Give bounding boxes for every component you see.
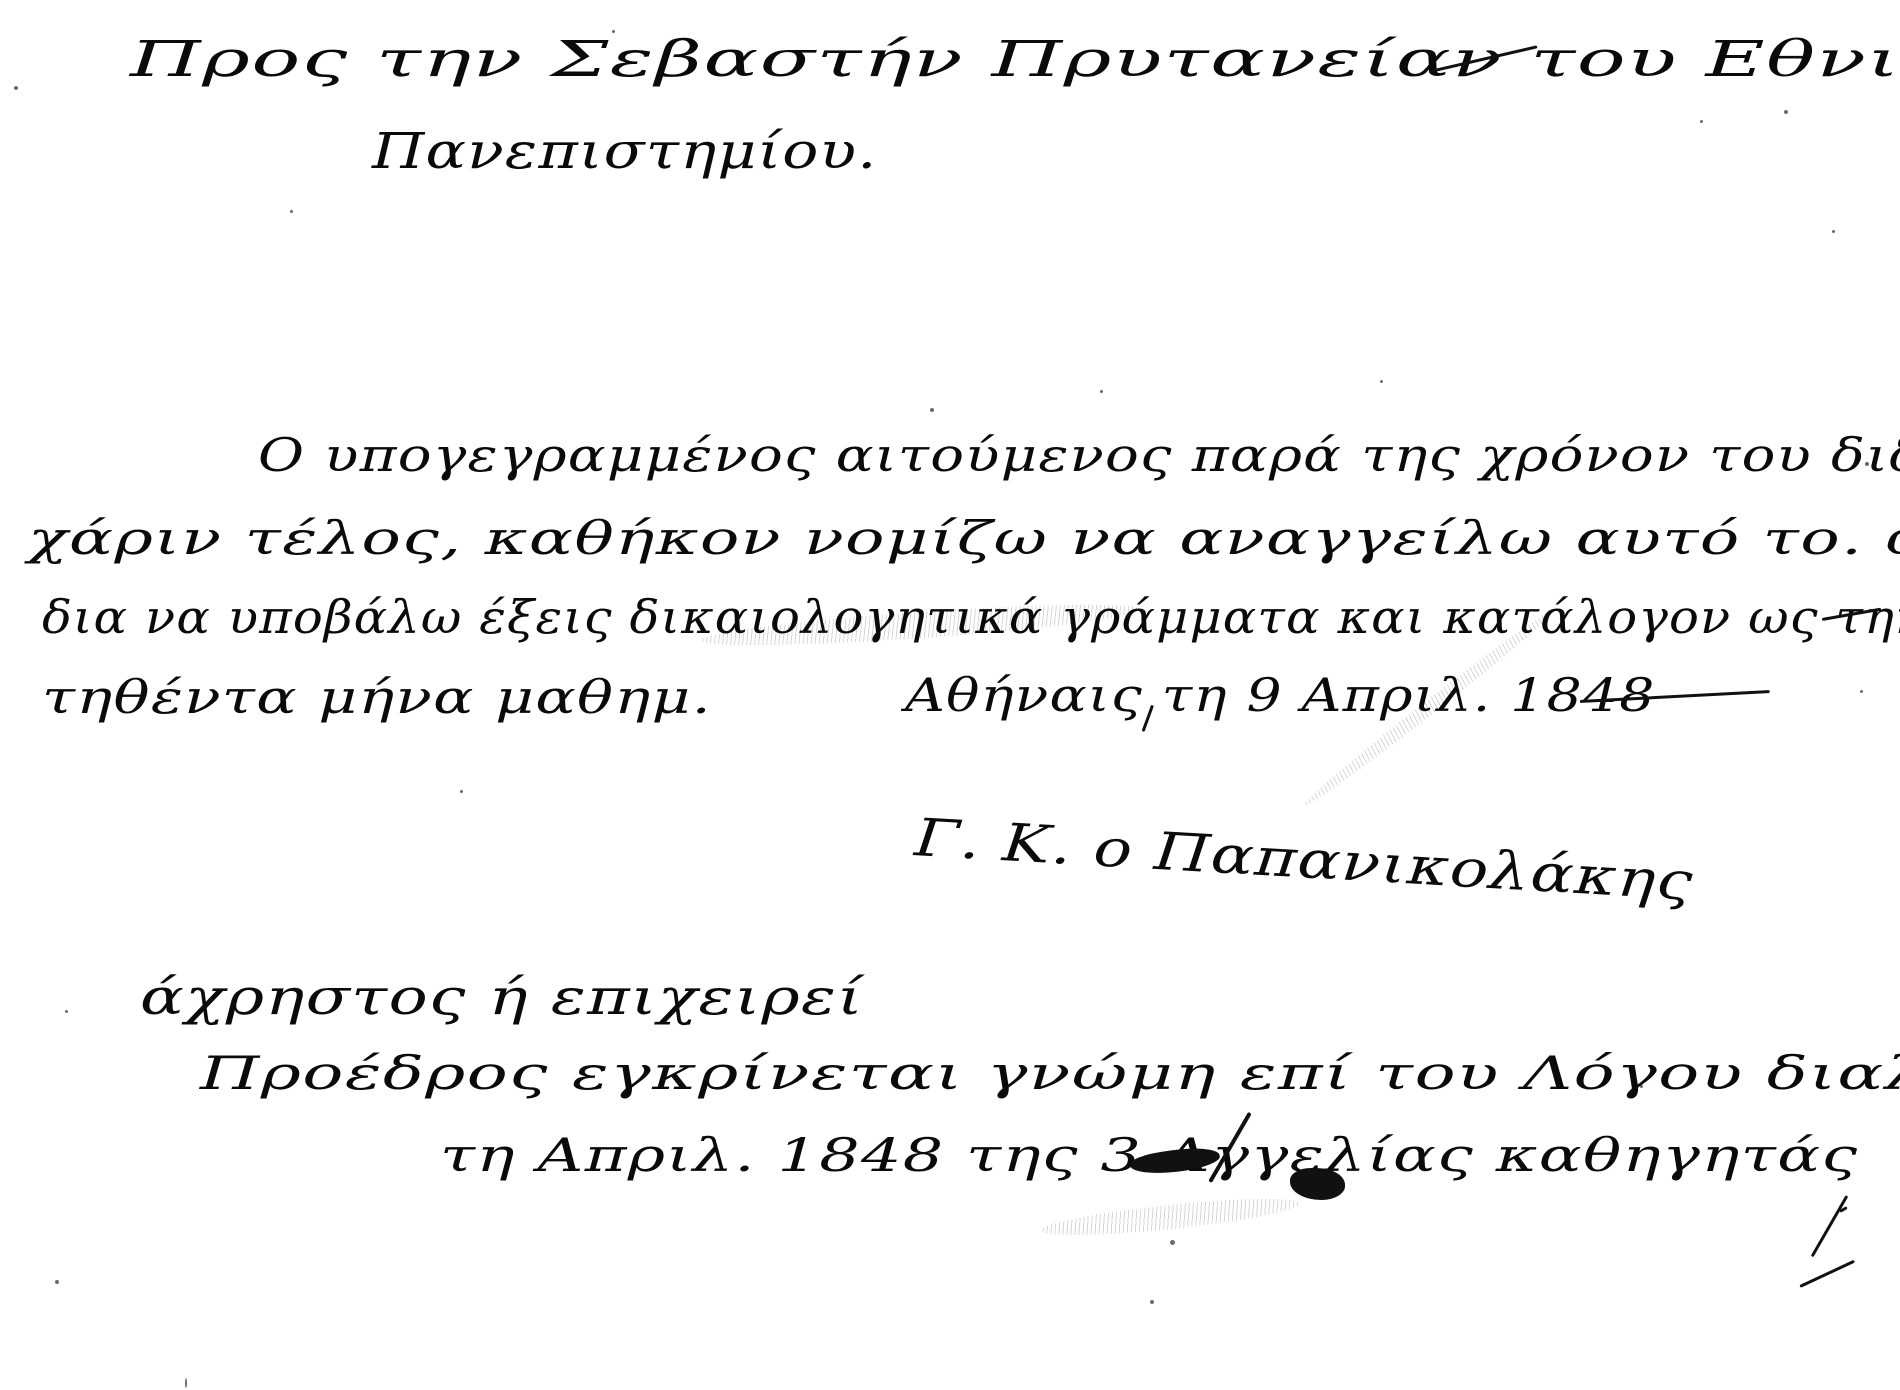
paper-speckle — [1700, 120, 1703, 123]
document-page: Προς την Σεβαστήν Πρυτανείαν του Εθνικού… — [0, 0, 1900, 1390]
paper-speckle — [185, 1378, 187, 1388]
paper-speckle — [1784, 110, 1788, 114]
paper-speckle — [1100, 390, 1103, 393]
body-line-4: τηθέντα μήνα μαθημ. — [42, 674, 712, 720]
body-line-3: δια να υποβάλω έξεις δικαιολογητικά γράμ… — [42, 594, 1900, 640]
paper-speckle — [65, 1010, 68, 1013]
closing-flourish — [1811, 1195, 1849, 1257]
note-line-1: άχρηστος ή επιχειρεί — [140, 972, 864, 1022]
body-line-1: Ο υπογεγραμμένος αιτούμενος παρά της χρό… — [258, 432, 1900, 478]
body-line-2: χάριν τέλος, καθήκον νομίζω να αναγγείλω… — [28, 515, 1900, 561]
signature: Γ. Κ. ο Παπανικολάκης — [913, 812, 1696, 908]
paper-speckle — [290, 210, 293, 213]
ink-blot — [1290, 1168, 1345, 1200]
paper-speckle — [1170, 1240, 1175, 1245]
address-line-2: Πανεπιστημίου. — [372, 126, 878, 176]
paper-speckle — [14, 86, 18, 90]
paper-speckle — [1150, 1300, 1154, 1304]
paper-speckle — [460, 790, 463, 793]
scan-smudge — [1039, 1191, 1300, 1242]
paper-speckle — [1380, 380, 1383, 383]
note-line-2: Προέδρος εγκρίνεται γνώμη επί του Λόγου … — [200, 1050, 1900, 1096]
paper-speckle — [1860, 690, 1863, 693]
paper-speckle — [55, 1280, 59, 1284]
closing-flourish — [1799, 1260, 1855, 1288]
paper-speckle — [930, 408, 934, 412]
address-line-1: Προς την Σεβαστήν Πρυτανείαν του Εθνικού — [130, 34, 1900, 84]
dateline: Αθήναις τη 9 Απριλ. 1848 — [905, 672, 1656, 718]
paper-speckle — [1832, 230, 1835, 233]
